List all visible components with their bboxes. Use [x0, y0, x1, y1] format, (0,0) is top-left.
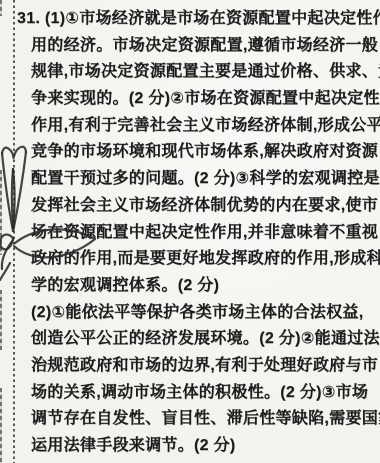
text-line: 调节存在自发性、盲目性、滞后性等缺陷,需要国家: [17, 405, 377, 432]
scan-edge-mark: [0, 170, 2, 255]
text-line: 用的经济。市场决定资源配置,遵循市场经济一般: [17, 32, 377, 59]
scan-edge-mark: [0, 290, 2, 350]
text-line: 规律,市场决定资源配置主要是通过价格、供求、竞: [17, 58, 377, 85]
text-line: 场在资源配置中起决定性作用,并非意味着不重视: [17, 219, 377, 246]
text-line: 政府的作用,而是要更好地发挥政府的作用,形成科: [17, 245, 377, 272]
text-line: 争来实现的。(2 分)②市场在资源配置中起决定性: [17, 85, 377, 112]
margin-dashed-line: [13, 0, 15, 463]
text-line: 学的宏观调控体系。(2 分): [17, 272, 377, 299]
text-line: 作用,有利于完善社会主义市场经济体制,形成公平: [17, 112, 377, 139]
answer-text-block: 31. (1)①市场经济就是市场在资源配置中起决定性作用的经济。市场决定资源配置…: [17, 5, 377, 459]
text-line: 场的关系,调动市场主体的积极性。(2 分)③市场: [17, 379, 377, 406]
text-line: 运用法律手段来调节。(2 分): [17, 432, 377, 459]
text-line: 发挥社会主义市场经济体制优势的内在要求,使市: [17, 192, 377, 219]
text-line: 治规范政府和市场的边界,有利于处理好政府与市: [17, 352, 377, 379]
scan-edge-mark: [0, 0, 2, 16]
text-line: 创造公平公正的经济发展环境。(2 分)②能通过法: [17, 325, 377, 352]
text-line: 竞争的市场环境和现代市场体系,解决政府对资源: [17, 138, 377, 165]
scan-edge-mark: [0, 388, 2, 463]
scanned-answer-page: 31. (1)①市场经济就是市场在资源配置中起决定性作用的经济。市场决定资源配置…: [0, 0, 380, 463]
text-line: 配置干预过多的问题。(2 分)③科学的宏观调控是: [17, 165, 377, 192]
text-line: 31. (1)①市场经济就是市场在资源配置中起决定性作: [17, 5, 377, 32]
text-line: (2)①能依法平等保护各类市场主体的合法权益,: [17, 299, 377, 326]
